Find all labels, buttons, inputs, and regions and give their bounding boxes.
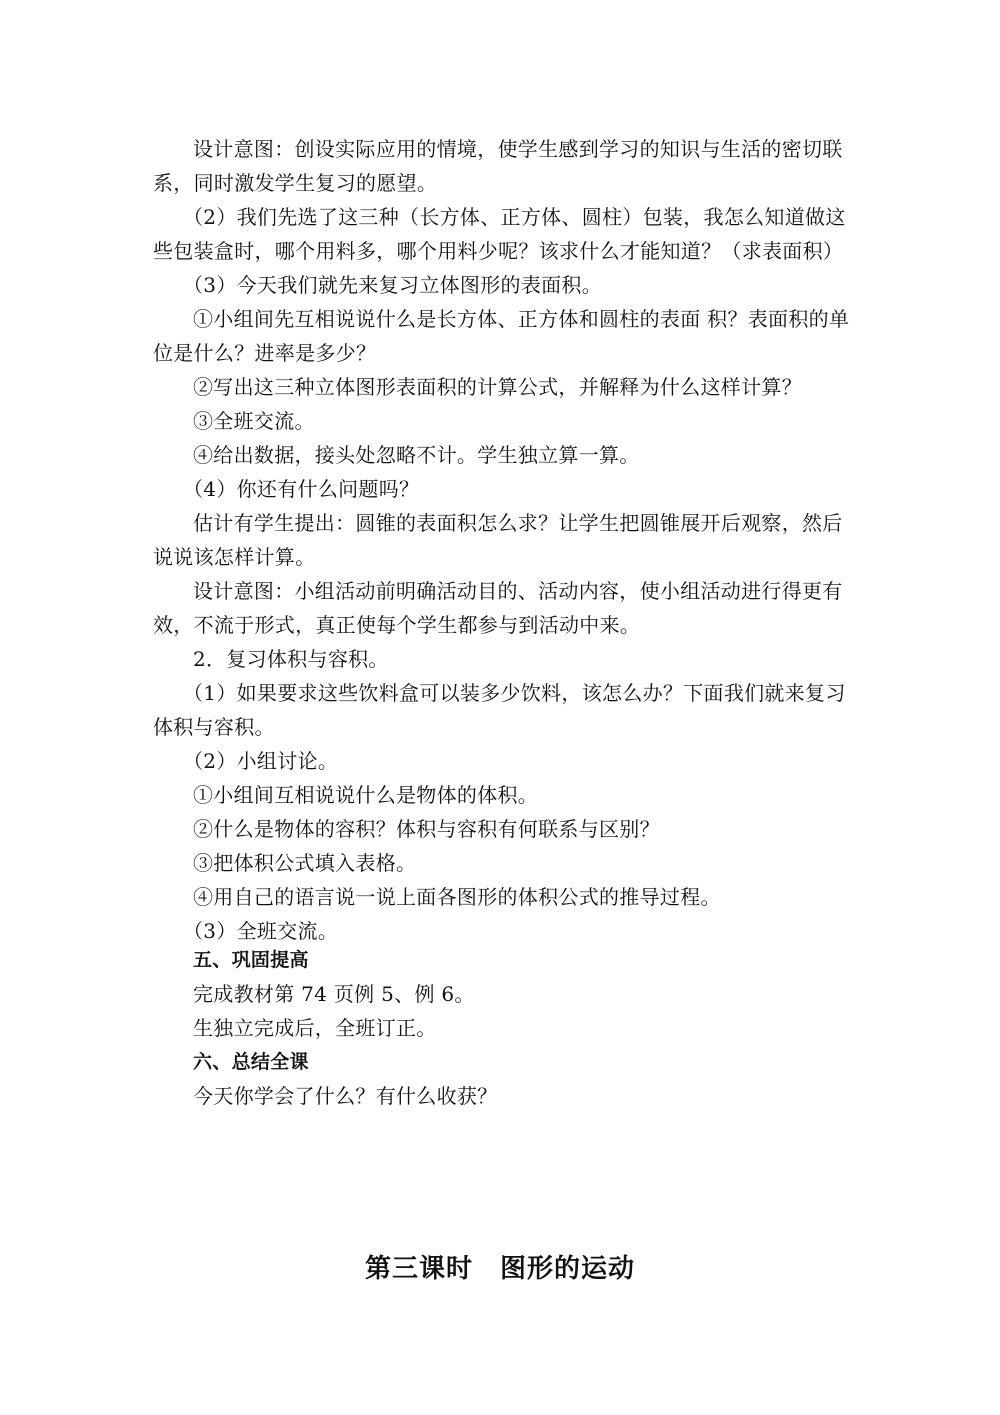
- document-page: 设计意图：创设实际应用的情境，使学生感到学习的知识与生活的密切联系，同时激发学生…: [0, 0, 1000, 1415]
- paragraph-line: ③把体积公式填入表格。: [193, 851, 416, 875]
- paragraph-line: ④给出数据，接头处忽略不计。学生独立算一算。: [193, 443, 640, 467]
- paragraph-line: ②写出这三种立体图形表面积的计算公式，并解释为什么这样计算？: [193, 375, 802, 399]
- paragraph-line: 些包装盒时，哪个用料多，哪个用料少呢？该求什么才能知道？（求表面积）: [153, 239, 843, 263]
- paragraph-line: （3）全班交流。: [183, 919, 338, 943]
- section-heading-summary: 六、总结全课: [193, 1050, 309, 1074]
- paragraph-line: （2）我们先选了这三种（长方体、正方体、圆柱）包装，我怎么知道做这: [183, 205, 846, 229]
- paragraph-line: 位是什么？进率是多少？: [153, 341, 376, 365]
- paragraph-line: （2）小组讨论。: [183, 749, 338, 773]
- paragraph-line: ③全班交流。: [193, 409, 315, 433]
- paragraph: 完成教材第 74 页例 5、例 6。: [193, 982, 475, 1006]
- paragraph-line: ②什么是物体的容积？体积与容积有何联系与区别？: [193, 817, 660, 841]
- paragraph-line: （3）今天我们就先来复习立体图形的表面积。: [183, 273, 602, 297]
- section-heading-consolidate: 五、巩固提高: [193, 948, 309, 972]
- lesson-title: 第三课时 图形的运动: [0, 1248, 1000, 1285]
- paragraph-line: 设计意图：创设实际应用的情境，使学生感到学习的知识与生活的密切联: [193, 137, 843, 161]
- paragraph-line: 2．复习体积与容积。: [193, 647, 389, 671]
- paragraph-line: （1）如果要求这些饮料盒可以装多少饮料，该怎么办？下面我们就来复习: [183, 681, 846, 705]
- paragraph-line: ①小组间先互相说说什么是长方体、正方体和圆柱的表面 积？表面积的单: [193, 307, 849, 331]
- paragraph: 今天你学会了什么？有什么收获？: [193, 1084, 498, 1108]
- paragraph-line: 说说该怎样计算。: [153, 545, 315, 569]
- paragraph: 生独立完成后，全班订正。: [193, 1016, 437, 1040]
- paragraph-line: 效，不流于形式，真正使每个学生都参与到活动中来。: [153, 613, 640, 637]
- paragraph-line: 设计意图：小组活动前明确活动目的、活动内容，使小组活动进行得更有: [193, 579, 843, 603]
- paragraph-line: ①小组间互相说说什么是物体的体积。: [193, 783, 538, 807]
- paragraph-line: 估计有学生提出：圆锥的表面积怎么求？让学生把圆锥展开后观察，然后: [193, 511, 843, 535]
- paragraph-line: （4）你还有什么问题吗？: [183, 477, 419, 501]
- paragraph-line: 体积与容积。: [153, 715, 275, 739]
- paragraph-line: 系，同时激发学生复习的愿望。: [153, 171, 437, 195]
- paragraph-line: ④用自己的语言说一说上面各图形的体积公式的推导过程。: [193, 885, 721, 909]
